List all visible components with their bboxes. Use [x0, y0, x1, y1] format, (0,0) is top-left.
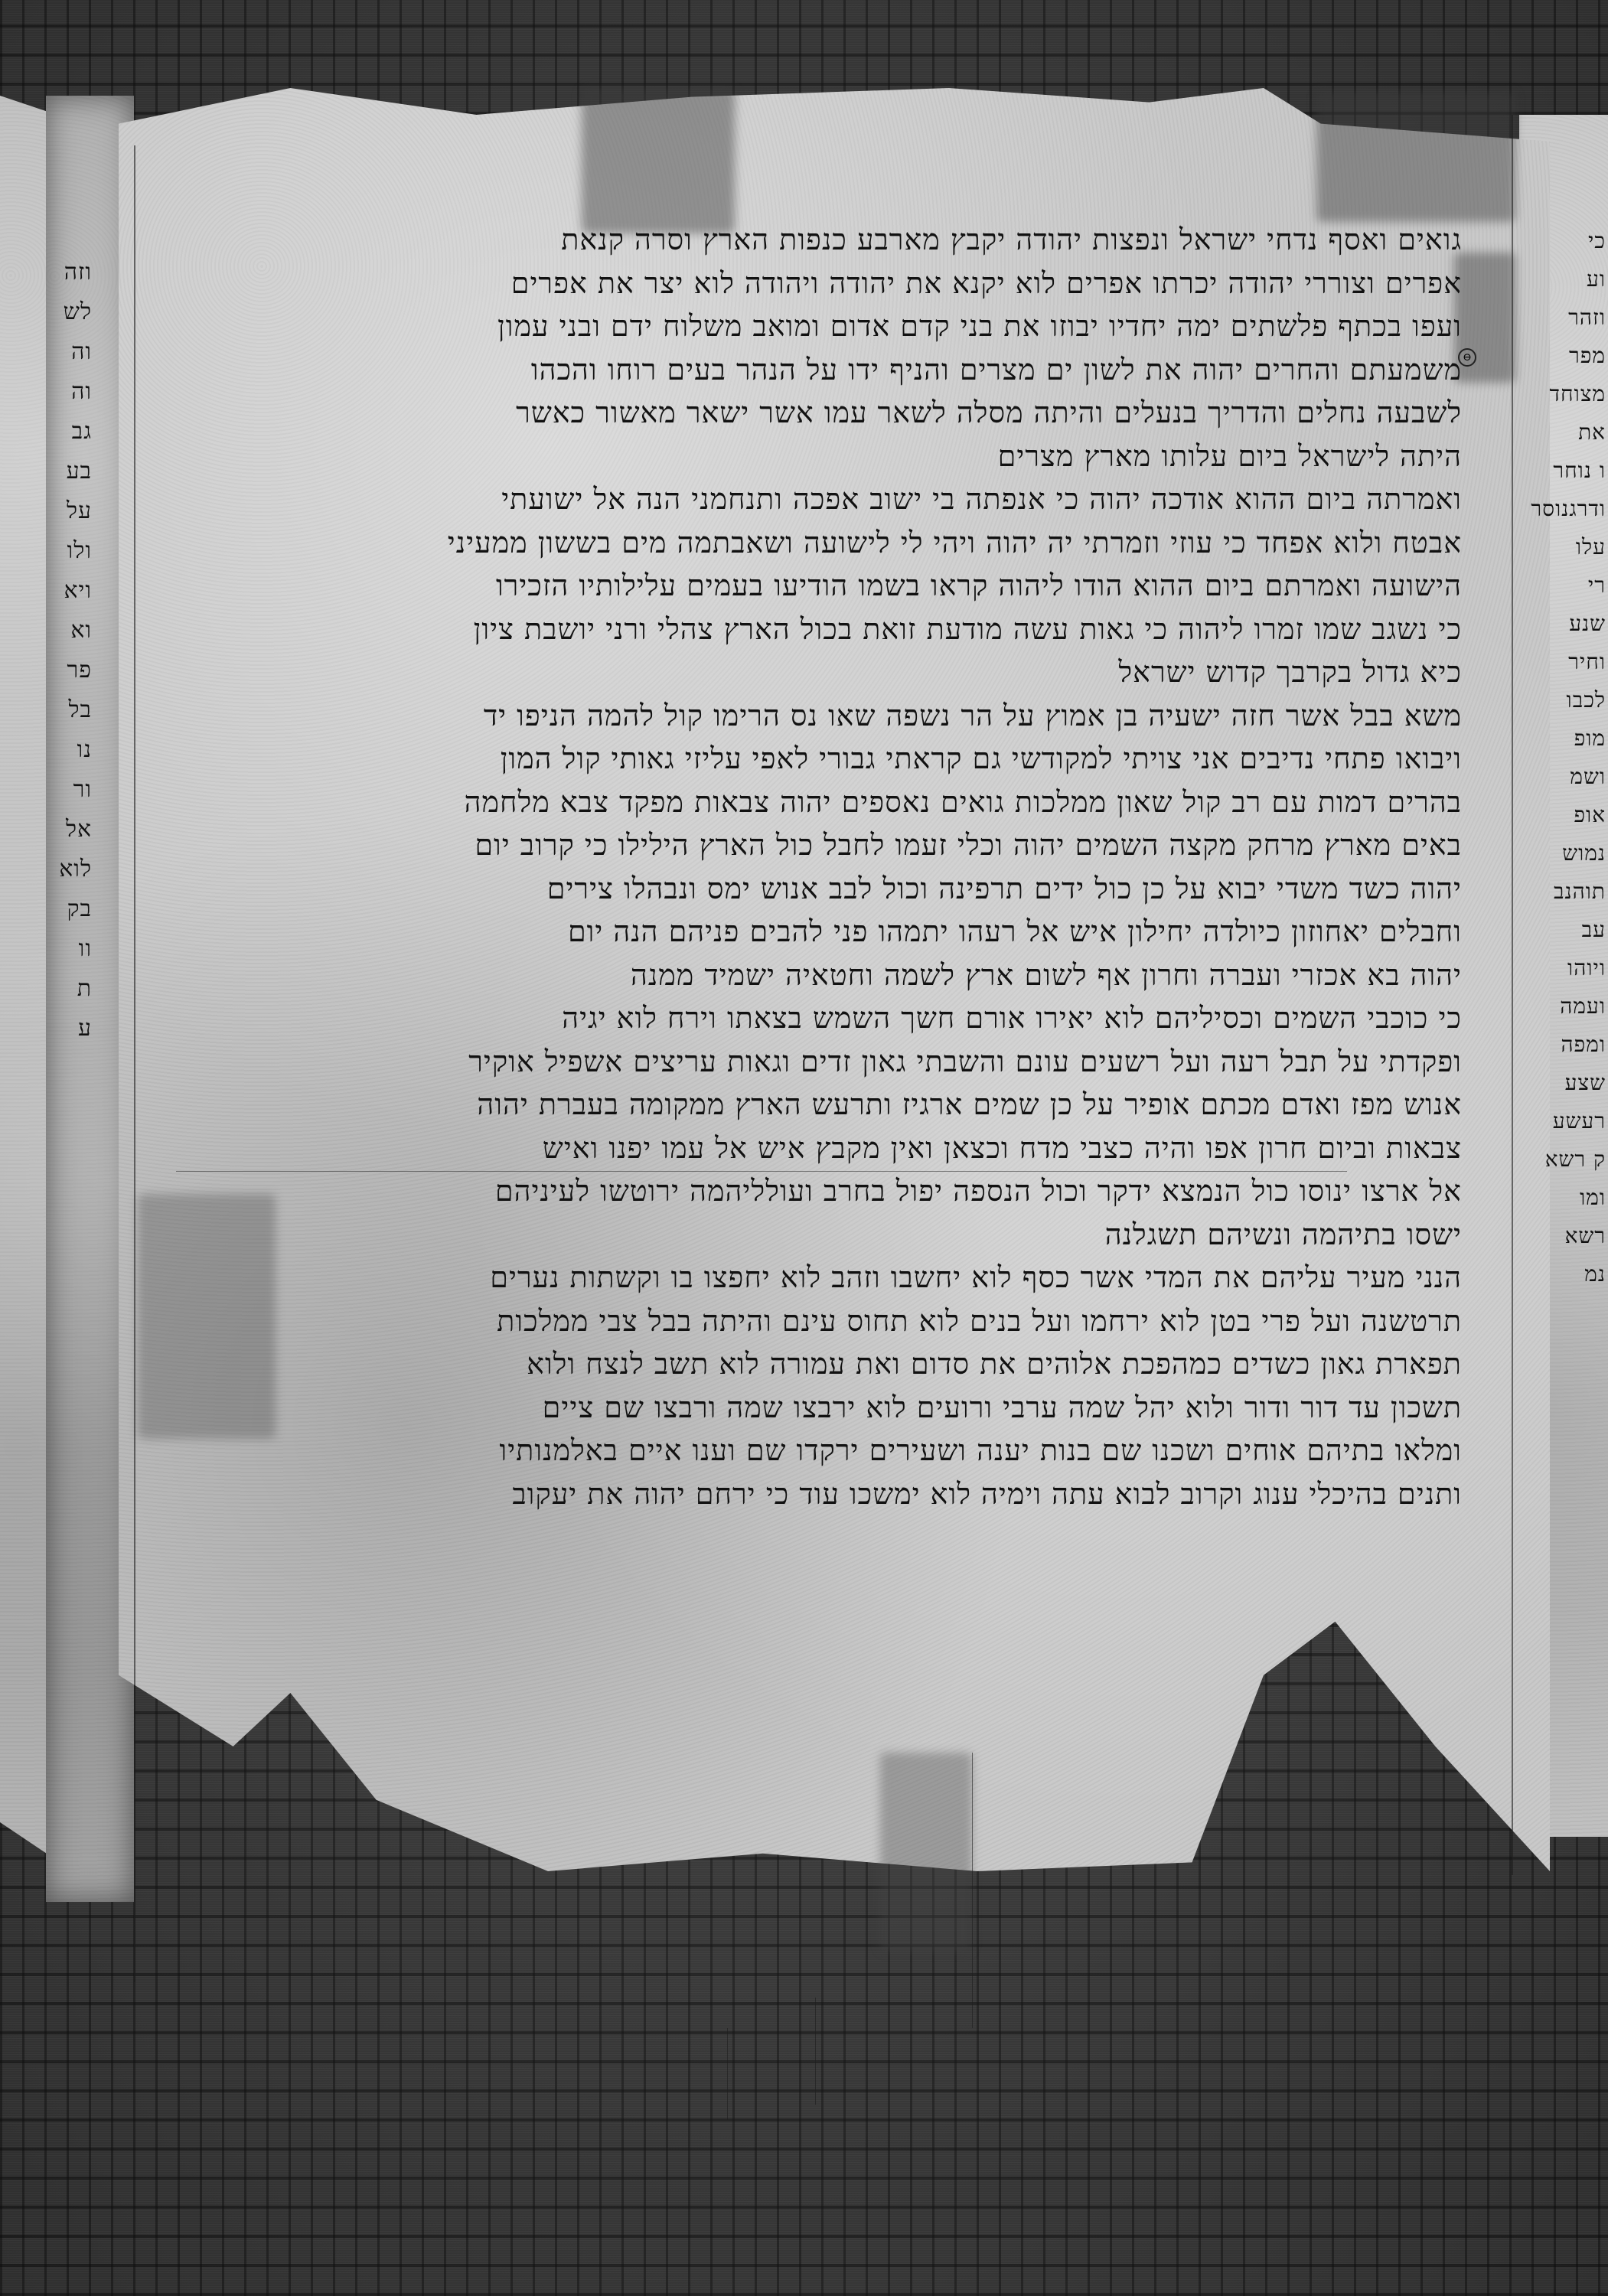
seam-line-left — [134, 145, 135, 1982]
text-line: באים מארץ מרחק מקצה השמים יהוה וכלי זעמו… — [153, 823, 1462, 867]
fragment-line: וה — [0, 332, 92, 372]
text-line: אבטח ולוא אפחד כי עוזי וזמרתי יה יהוה וי… — [153, 521, 1462, 565]
fragment-line: בע — [0, 452, 92, 491]
fragment-line: על — [0, 491, 92, 531]
fragment-line: נו — [0, 730, 92, 770]
fragment-line: ומו — [1523, 1179, 1606, 1217]
text-line: תשכון עד דור ודור ולוא יהל שמה ערבי ורוע… — [153, 1386, 1462, 1430]
stain-top-right — [1316, 92, 1515, 222]
crack-bottom-2 — [815, 1998, 816, 2105]
main-text-column: גואים ואסף נדחי ישראל ונפצות יהודה יקבץ … — [153, 218, 1462, 1515]
stain-lower-center — [880, 1753, 972, 1952]
fragment-line: תוהנב — [1523, 872, 1606, 911]
text-line: גואים ואסף נדחי ישראל ונפצות יהודה יקבץ … — [153, 218, 1462, 262]
fragment-line: ודרגנוסר — [1523, 490, 1606, 528]
fragment-line: שצע — [1523, 1064, 1606, 1102]
fragment-line: ומפה — [1523, 1026, 1606, 1064]
fragment-line: עב — [1523, 911, 1606, 949]
text-line: תפארת גאון כשדים כמהפכת אלוהים את סדום ו… — [153, 1342, 1462, 1386]
fragment-line: פר — [0, 651, 92, 690]
fragment-line: ועמה — [1523, 987, 1606, 1026]
text-line: כי כוכבי השמים וכסיליהם לוא יאירו אורם ח… — [153, 996, 1462, 1040]
text-line: ישסו בתיהמה ונשיהם תשגלנה — [153, 1213, 1462, 1257]
fragment-line: לכבו — [1523, 681, 1606, 719]
fragment-line: וזה — [0, 253, 92, 292]
fragment-line: רי — [1523, 566, 1606, 605]
fragment-line: ת — [0, 969, 92, 1009]
fragment-line: רעשע — [1523, 1102, 1606, 1140]
text-line: לשבעה נחלים והדריך בנעלים והיתה מסלה לשא… — [153, 391, 1462, 435]
fragment-line: וא — [0, 611, 92, 651]
fragment-line: נמוש — [1523, 834, 1606, 872]
text-line: ותנים בהיכלי ענוג וקרוב לבוא עתה וימיה ל… — [153, 1473, 1462, 1516]
text-line: ופקדתי על תבל רעה ועל רשעים עונם והשבתי … — [153, 1040, 1462, 1084]
fragment-line: ו נוחר — [1523, 452, 1606, 490]
text-line: ויבואו פתחי נדיבים אני צויתי למקודשי גם … — [153, 737, 1462, 781]
text-line: כיא גדול בקרבך קדוש ישראל — [153, 651, 1462, 694]
fragment-line: אופ — [1523, 796, 1606, 834]
fragment-line: מופ — [1523, 719, 1606, 758]
fragment-line: וע — [1523, 260, 1606, 298]
text-line: משמעתם והחרים יהוה את לשון ים מצרים והני… — [153, 348, 1462, 392]
fragment-line: וחיר — [1523, 643, 1606, 681]
text-line: צבאות וביום חרון אפו והיה כצבי מדח וכצאן… — [153, 1127, 1462, 1170]
fragment-line: וזהר — [1523, 298, 1606, 337]
text-line: וחבלים יאחוזון כיולדה יחילון איש אל רעהו… — [153, 910, 1462, 954]
fragment-line: ע — [0, 1009, 92, 1049]
fragment-line: את — [1523, 413, 1606, 452]
text-line: הנני מעיר עליהם את המדי אשר כסף לוא יחשב… — [153, 1256, 1462, 1300]
marginal-cryptic-mark-icon: ⊖ — [1458, 348, 1476, 367]
fragment-line: לוא — [0, 850, 92, 889]
fragment-line: ויא — [0, 571, 92, 611]
fragment-line: ויוהו — [1523, 949, 1606, 987]
fragment-line: כי — [1523, 222, 1606, 260]
text-line: אפרים וצוררי יהודה יכרתו אפרים לוא יקנא … — [153, 262, 1462, 305]
text-line: ועפו בכתף פלשתים ימה יחדיו יבוזו את בני … — [153, 305, 1462, 348]
text-line: אנוש מפז ואדם מכתם אופיר על כן שמים ארגי… — [153, 1083, 1462, 1127]
fragment-line: ושמ — [1523, 758, 1606, 796]
text-line: ואמרתה ביום ההוא אודכה יהוה כי אנפתה בי … — [153, 478, 1462, 521]
fragment-line: בק — [0, 889, 92, 929]
fragment-line: מצוחד — [1523, 375, 1606, 413]
fragment-line: ור — [0, 770, 92, 810]
fragment-line: ק רשא — [1523, 1140, 1606, 1179]
text-line: כי נשגב שמו זמרו ליהוה כי גאות עשה מודעת… — [153, 608, 1462, 651]
fragment-line: וו — [0, 929, 92, 969]
crack-center — [972, 1753, 973, 2028]
fragment-line: שנע — [1523, 605, 1606, 643]
fragment-line: רשא — [1523, 1217, 1606, 1255]
left-fragment-text: וזה לש וה וה גב בע על ולו ויא וא פר בל נ… — [0, 253, 92, 1049]
fragment-line: אל — [0, 810, 92, 850]
seam-line-right — [1512, 115, 1513, 1875]
fragment-line: גב — [0, 412, 92, 452]
text-line: בהרים דמות עם רב קול שאון ממלכות גואים נ… — [153, 781, 1462, 824]
fragment-line: ולו — [0, 531, 92, 571]
text-line: משא בבל אשר חזה ישעיה בן אמוץ על הר נשפה… — [153, 694, 1462, 738]
fragment-line: וה — [0, 372, 92, 412]
text-line: ומלאו בתיהם אוחים ושכנו שם בנות יענה ושע… — [153, 1429, 1462, 1473]
text-line: יהוה בא אכזרי ועברה וחרון אף לשום ארץ לש… — [153, 954, 1462, 997]
text-line: אל ארצו ינוסו כול הנמצא ידקר וכול הנספה … — [153, 1169, 1462, 1213]
text-line: היתה לישראל ביום עלותו מארץ מצרים — [153, 435, 1462, 478]
fragment-line: לש — [0, 292, 92, 332]
fragment-line: עלו — [1523, 528, 1606, 566]
right-fragment-text: כי וע וזהר מפר מצוחד את ו נוחר ודרגנוסר … — [1523, 222, 1606, 1293]
fragment-line: מפר — [1523, 337, 1606, 375]
crack-bottom-1 — [727, 2028, 728, 2120]
text-line: תרטשנה ועל פרי בטן לוא ירחמו ועל בנים לו… — [153, 1300, 1462, 1343]
fragment-line: נמ — [1523, 1255, 1606, 1293]
fragment-line: בל — [0, 690, 92, 730]
text-line: הישועה ואמרתם ביום ההוא הודו ליהוה קראו … — [153, 564, 1462, 608]
text-line: יהוה כשד משדי יבוא על כן כול ידים תרפינה… — [153, 867, 1462, 911]
stain-top-center — [582, 88, 735, 233]
